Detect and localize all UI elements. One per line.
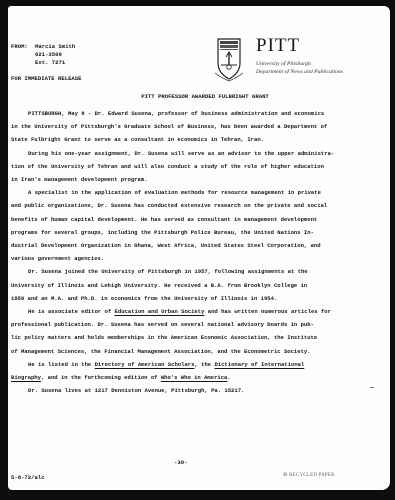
contact-extension: Ext. 7271 bbox=[35, 59, 65, 67]
scan-smudge bbox=[370, 387, 374, 388]
text-run: , the bbox=[194, 361, 214, 368]
release-note: FOR IMMEDIATE RELEASE bbox=[11, 75, 82, 82]
book-title: Directory of American Scholars bbox=[95, 361, 195, 368]
recycled-label: RECYCLED PAPER bbox=[289, 473, 335, 478]
text-run: He is listed in the bbox=[28, 361, 95, 368]
text-run: He is associate editor of bbox=[28, 308, 115, 315]
paragraph-line: dustrial Development Organization in Gha… bbox=[11, 239, 371, 252]
recycled-paper-note: ♻ RECYCLED PAPER bbox=[283, 472, 335, 478]
contact-name: Marcia Smith bbox=[35, 43, 75, 51]
paragraph-line: lic policy matters and holds memberships… bbox=[11, 331, 371, 344]
paragraph-line: programs for several groups, including t… bbox=[11, 226, 371, 239]
book-title: Who's Who in America bbox=[161, 374, 228, 381]
paragraph-line: University of Illinois and Lehigh Univer… bbox=[11, 279, 371, 292]
paragraph-line: PITTSBURGH, May 8 - Dr. Edward Susena, p… bbox=[11, 107, 371, 120]
paragraph-line: benefits of human capital development. H… bbox=[11, 213, 371, 226]
text-run: and has written numerous articles for bbox=[204, 308, 331, 315]
paragraph-line: in Iran's management development program… bbox=[11, 173, 371, 186]
paragraph-line: During his one-year assignment, Dr. Suse… bbox=[11, 147, 371, 160]
paragraph-line: of Management Sciences, the Financial Ma… bbox=[11, 345, 371, 358]
paragraph-line: Dr. Susena joined the University of Pitt… bbox=[11, 265, 371, 278]
text-run: , and in the forthcoming edition of bbox=[41, 374, 161, 381]
paragraph-line: A specialist in the application of evalu… bbox=[11, 186, 371, 199]
paragraph-line: Dr. Susena lives at 1217 Denniston Avenu… bbox=[11, 384, 371, 397]
paragraph-line: professional publication. Dr. Susena has… bbox=[11, 318, 371, 331]
paragraph-line: He is associate editor of Education and … bbox=[11, 305, 371, 318]
letterhead-subtitle: University of Pittsburgh Department of N… bbox=[256, 61, 343, 76]
journal-title: Education and Urban Society bbox=[115, 308, 205, 315]
end-marker: -30- bbox=[174, 459, 187, 466]
university-name: University of Pittsburgh bbox=[256, 61, 343, 69]
paragraph-line: various government agencies. bbox=[11, 252, 371, 265]
department-name: Department of News and Publications bbox=[256, 69, 343, 77]
paragraph-line: Biography, and in the forthcoming editio… bbox=[11, 371, 371, 384]
university-seal-icon bbox=[214, 35, 244, 83]
book-title: Biography bbox=[11, 374, 41, 381]
book-title: Dictionary of International bbox=[214, 361, 304, 368]
pitt-wordmark: PITT bbox=[256, 35, 300, 57]
paragraph-line: tion of the University of Tehran and wil… bbox=[11, 160, 371, 173]
paragraph-line: and public organizations, Dr. Susena has… bbox=[11, 199, 371, 212]
scanned-document-background: FROM: Marcia Smith 621-3500 Ext. 7271 FO… bbox=[0, 0, 395, 500]
reference-code: 5-8-72/alc bbox=[11, 474, 45, 481]
contact-block: FROM: Marcia Smith 621-3500 Ext. 7271 bbox=[11, 43, 75, 67]
paragraph-line: in the University of Pittsburgh's Gradua… bbox=[11, 120, 371, 133]
paragraph-line: 1950 and an M.A. and Ph.D. in economics … bbox=[11, 292, 371, 305]
press-release-page: FROM: Marcia Smith 621-3500 Ext. 7271 FO… bbox=[8, 6, 390, 490]
contact-phone: 621-3500 bbox=[35, 51, 62, 59]
from-label: FROM: bbox=[11, 43, 35, 51]
release-body: PITTSBURGH, May 8 - Dr. Edward Susena, p… bbox=[11, 107, 371, 397]
paragraph-line: State Fulbright Grant to serve as a cons… bbox=[11, 133, 371, 146]
headline: PITT PROFESSOR AWARDED FULBRIGHT GRANT bbox=[8, 93, 390, 100]
text-run: . bbox=[227, 374, 230, 381]
paragraph-line: He is listed in the Directory of America… bbox=[11, 358, 371, 371]
